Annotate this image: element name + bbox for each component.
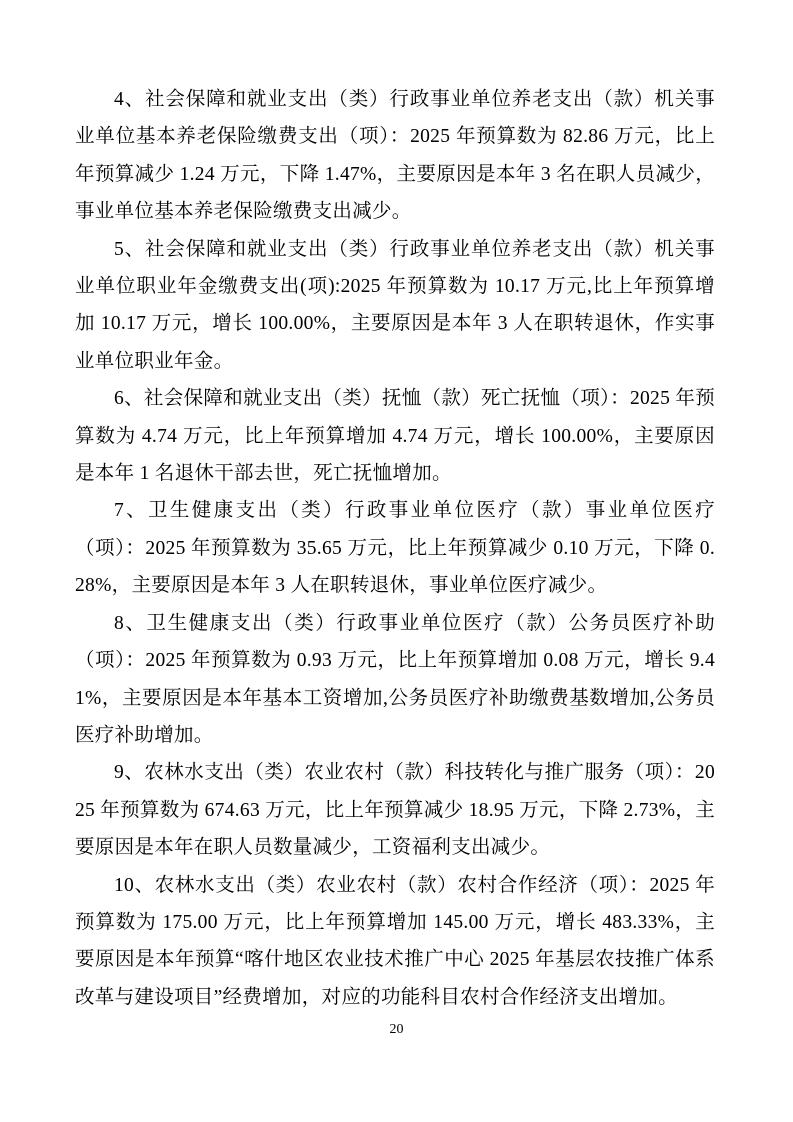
budget-item-paragraph-9: 9、农林水支出（类）农业农村（款）科技转化与推广服务（项）：2025 年预算数为… bbox=[75, 754, 715, 866]
budget-item-paragraph-7: 7、卫生健康支出（类）行政事业单位医疗（款）事业单位医疗（项）：2025 年预算… bbox=[75, 492, 715, 604]
budget-item-paragraph-6: 6、社会保障和就业支出（类）抚恤（款）死亡抚恤（项）：2025 年预算数为 4.… bbox=[75, 380, 715, 492]
document-page: 4、社会保障和就业支出（类）行政事业单位养老支出（款）机关事业单位基本养老保险缴… bbox=[0, 0, 793, 1122]
page-number: 20 bbox=[0, 1022, 793, 1038]
budget-item-paragraph-4: 4、社会保障和就业支出（类）行政事业单位养老支出（款）机关事业单位基本养老保险缴… bbox=[75, 81, 715, 231]
budget-item-paragraph-5: 5、社会保障和就业支出（类）行政事业单位养老支出（款）机关事业单位职业年金缴费支… bbox=[75, 231, 715, 381]
budget-item-paragraph-10: 10、农林水支出（类）农业农村（款）农村合作经济（项）：2025 年预算数为 1… bbox=[75, 867, 715, 1017]
document-body: 4、社会保障和就业支出（类）行政事业单位养老支出（款）机关事业单位基本养老保险缴… bbox=[75, 81, 715, 1016]
budget-item-paragraph-8: 8、卫生健康支出（类）行政事业单位医疗（款）公务员医疗补助（项）：2025 年预… bbox=[75, 605, 715, 755]
